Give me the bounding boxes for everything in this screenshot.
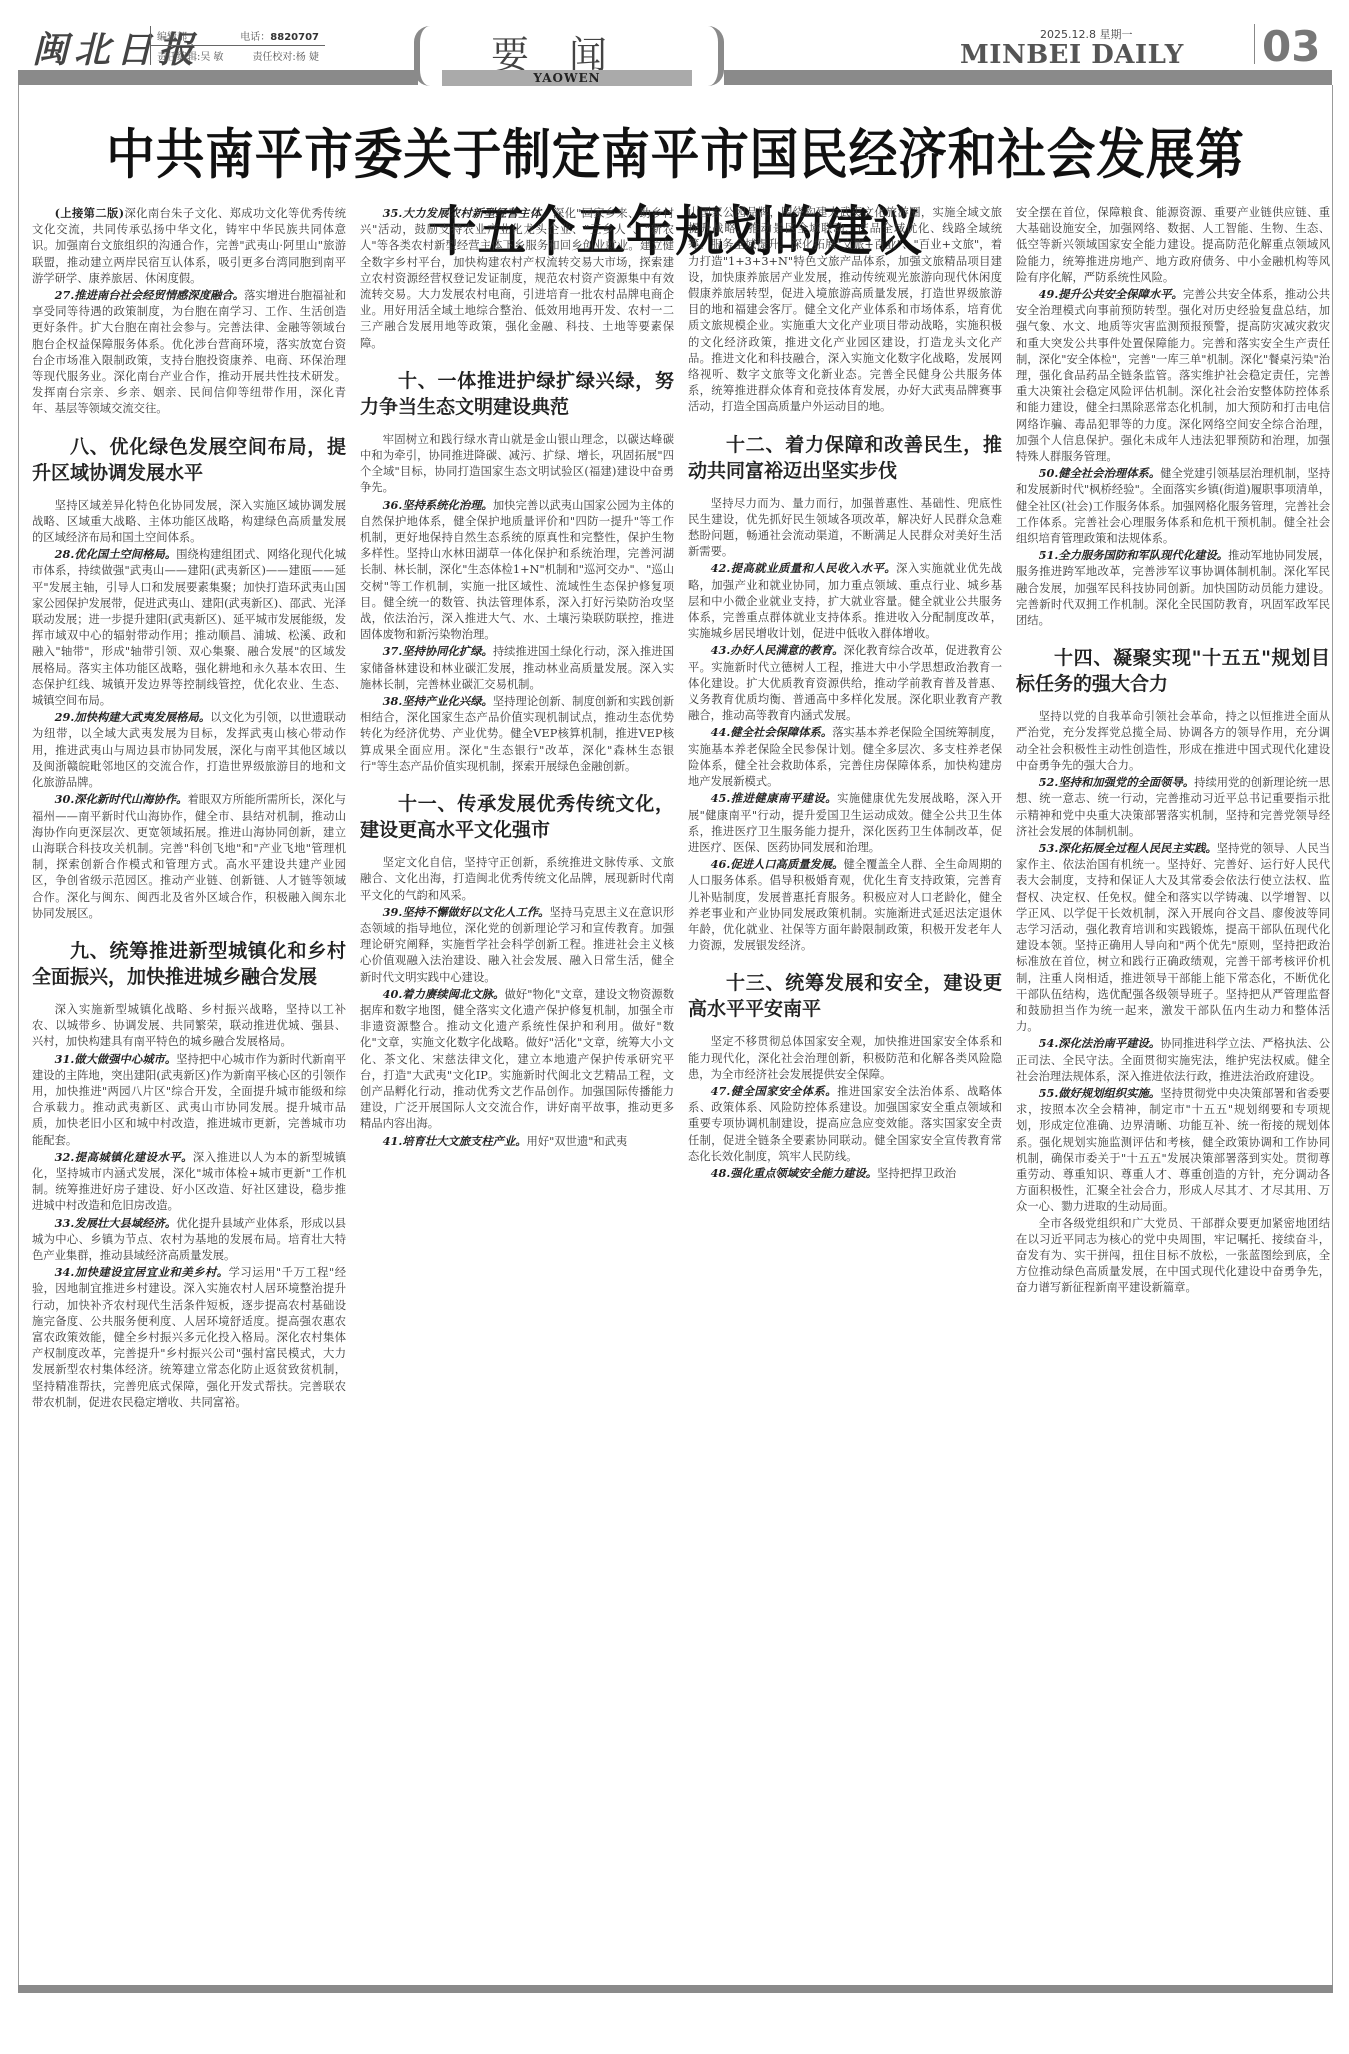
page-divider xyxy=(1254,24,1255,64)
paragraph: 37.坚持协同化扩绿。持续推进国土绿化行动，深入推进国家储备林建设和林业碳汇发展… xyxy=(360,643,674,693)
phone-label: 电话： xyxy=(240,32,270,43)
paragraph-text: 坚持以党的自我革命引领社会革命，持之以恒推进全面从严治党，充分发挥党总揽全局、协… xyxy=(1016,710,1330,772)
paragraph: 36.坚持系统化治理。加快完善以武夷山国家公园为主体的自然保护地体系，健全保护地… xyxy=(360,497,674,644)
paragraph: 27.推进南台社会经贸情感深度融合。落实增进台胞福祉和享受同等待遇的政策制度，为… xyxy=(32,287,346,418)
paragraph: 47.健全国家安全体系。推进国家安全法治体系、战略体系、政策体系、风险防控体系建… xyxy=(688,1083,1002,1165)
paragraph-text: 健全覆盖全人群、全生命周期的人口服务体系。倡导积极婚育观，优化生育支持政策，完善… xyxy=(688,858,1002,952)
paragraph-text: 坚持尽力而为、量力而行，加强普惠性、基础性、兜底性民生建设，优先抓好民生领域各项… xyxy=(688,497,1002,559)
item-kicker: 43.办好人民满意的教育。 xyxy=(711,643,844,657)
paragraph: 42.提高就业质量和人民收入水平。深入实施就业优先战略，加强产业和就业协同，加力… xyxy=(688,560,1002,642)
paragraph: 52.坚持和加强党的全面领导。持续用党的创新理论统一思想、统一意志、统一行动，完… xyxy=(1016,774,1330,840)
item-kicker: 28.优化国土空间格局。 xyxy=(55,547,177,561)
item-kicker: 30.深化新时代山海协作。 xyxy=(55,792,188,806)
item-kicker: 36.坚持系统化治理。 xyxy=(383,498,493,512)
editorial-info: 编辑部 电话：8820707 责任编辑:吴 敏 责任校对:杨 婕 xyxy=(150,26,325,65)
item-kicker: 38.坚持产业化兴绿。 xyxy=(383,694,493,708)
paragraph-text: 学习运用"千万工程"经验，因地制宜推进乡村建设。深入实施农村人居环境整治提升行动… xyxy=(32,1266,346,1409)
paragraph-text: 坚定不移贯彻总体国家安全观，加快推进国家安全体系和能力现代化，深化社会治理创新，… xyxy=(688,1035,1002,1080)
item-kicker: 45.推进健康南平建设。 xyxy=(711,791,838,805)
item-kicker: 50.健全社会治理体系。 xyxy=(1039,466,1161,480)
continuation-note: (上接第二版) xyxy=(55,206,124,220)
bracket-left-icon xyxy=(414,26,432,86)
paragraph: 54.深化法治南平建设。协同推进科学立法、严格执法、公正司法、全民守法。全面贯彻… xyxy=(1016,1035,1330,1085)
item-kicker: 51.全力服务国防和军队现代化建设。 xyxy=(1039,548,1229,562)
paragraph: 28.优化国土空间格局。围绕构建组团式、网络化现代化城市体系，持续做强"武夷山—… xyxy=(32,546,346,709)
paragraph-text: 坚持把中心城市作为新时代新南平建设的主阵地，突出建阳(武夷新区)作为新南平核心区… xyxy=(32,1053,346,1147)
item-kicker: 44.健全社会保障体系。 xyxy=(711,725,833,739)
paragraph: 深入实施新型城镇化战略、乡村振兴战略，坚持以工补农、以城带乡、协调发展、共同繁荣… xyxy=(32,1002,346,1051)
paragraph-text: 围绕构建组团式、网络化现代化城市体系，持续做强"武夷山——建阳(武夷新区)——建… xyxy=(32,548,346,707)
paragraph: 全市各级党组织和广大党员、干部群众要更加紧密地团结在以习近平同志为核心的党中央周… xyxy=(1016,1216,1330,1297)
paper-name-en: MINBEI DAILY xyxy=(960,40,1184,70)
column-1: (上接第二版)深化南台朱子文化、郑成功文化等优秀传统文化交流，共同传承弘扬中华文… xyxy=(32,205,346,1985)
paragraph-text: 落实增进台胞福祉和享受同等待遇的政策制度，为台胞在南学习、工作、生活创造更好条件… xyxy=(32,289,346,415)
paragraph: 48.强化重点领域安全能力建设。坚持把捍卫政治 xyxy=(688,1165,1002,1182)
item-kicker: 52.坚持和加强党的全面领导。 xyxy=(1039,775,1195,789)
paragraph-text: 坚持区域差异化特色化协同发展，深入实施区域协调发展战略、区域重大战略、主体功能区… xyxy=(32,499,346,544)
footer-rule xyxy=(18,1985,1333,1993)
paragraph: 坚持尽力而为、量力而行，加强普惠性、基础性、兜底性民生建设，优先抓好民生领域各项… xyxy=(688,496,1002,561)
paragraph: 33.发展壮大县域经济。优化提升县域产业体系，形成以县城为中心、乡镇为节点、农村… xyxy=(32,1215,346,1265)
paragraph: 35.大力发展农村新型经营主体。深化"回家乡来、助乡村兴"活动，鼓励支持农业产业… xyxy=(360,205,674,352)
section-heading: 十三、统筹发展和安全，建设更高水平平安南平 xyxy=(688,970,1002,1022)
masthead: 闽北日报 编辑部 电话：8820707 责任编辑:吴 敏 责任校对:杨 婕 要闻… xyxy=(0,0,1349,90)
header-rule-left xyxy=(18,70,418,85)
proofreader-label: 责任校对:杨 婕 xyxy=(252,48,319,63)
section-heading: 九、统筹推进新型城镇化和乡村全面振兴，加快推进城乡融合发展 xyxy=(32,938,346,990)
paragraph: 坚持区域差异化特色化协同发展，深入实施区域协调发展战略、区域重大战略、主体功能区… xyxy=(32,498,346,547)
column-2: 35.大力发展农村新型经营主体。深化"回家乡来、助乡村兴"活动，鼓励支持农业产业… xyxy=(360,205,674,1985)
item-kicker: 46.促进人口高质量发展。 xyxy=(711,857,844,871)
item-kicker: 29.加快构建大武夷发展格局。 xyxy=(55,710,211,724)
paragraph: 坚持以党的自我革命引领社会革命，持之以恒推进全面从严治党，充分发挥党总揽全局、协… xyxy=(1016,709,1330,774)
paragraph: 坚定文化自信，坚持守正创新，系统推进文脉传承、文旅融合、文化出海，打造闽北优秀传… xyxy=(360,855,674,904)
column-4: 安全摆在首位，保障粮食、能源资源、重要产业链供应链、重大基础设施安全，加强网络、… xyxy=(1016,205,1330,1985)
paragraph-text: 深入实施新型城镇化战略、乡村振兴战略，坚持以工补农、以城带乡、协调发展、共同繁荣… xyxy=(32,1003,346,1048)
page-number: 03 xyxy=(1262,22,1320,71)
item-kicker: 37.坚持协同化扩绿。 xyxy=(383,644,493,658)
paragraph-text: 深化"回家乡来、助乡村兴"活动，鼓励支持农业产业化龙头企业、"三乡人"、"新农人… xyxy=(360,207,674,350)
item-kicker: 53.深化拓展全过程人民民主实践。 xyxy=(1039,841,1217,855)
article-body: (上接第二版)深化南台朱子文化、郑成功文化等优秀传统文化交流，共同传承弘扬中华文… xyxy=(32,205,1332,1985)
item-kicker: 42.提高就业质量和人民收入水平。 xyxy=(711,561,897,575)
section-heading: 十二、着力保障和改善民生，推动共同富裕迈出坚实步伐 xyxy=(688,432,1002,484)
dept-label: 编辑部 xyxy=(157,28,187,43)
section-heading: 八、优化绿色发展空间布局，提升区域协调发展水平 xyxy=(32,434,346,486)
editor-label: 责任编辑:吴 敏 xyxy=(157,48,224,63)
paragraph-text: 完善公共安全体系，推动公共安全治理模式向事前预防转型。强化对历史经验复盘总结，加… xyxy=(1016,288,1330,463)
paragraph: 31.做大做强中心城市。坚持把中心城市作为新时代新南平建设的主阵地，突出建阳(武… xyxy=(32,1051,346,1149)
section-heading: 十四、凝聚实现"十五五"规划目标任务的强大合力 xyxy=(1016,645,1330,697)
item-kicker: 31.做大做强中心城市。 xyxy=(55,1052,177,1066)
paragraph: 50.健全社会治理体系。健全党建引领基层治理机制，坚持和发展新时代"枫桥经验"。… xyxy=(1016,465,1330,547)
paragraph-text: 坚持贯彻党中央决策部署和省委要求，按照本次全会精神，制定市"十五五"规划纲要和专… xyxy=(1016,1087,1330,1213)
paragraph-text: 做好"物化"文章，建设文物资源数据库和数字地图，健全落实文化遗产保护修复机制，加… xyxy=(360,988,674,1131)
paragraph-text: 坚持把捍卫政治 xyxy=(877,1167,956,1180)
column-3: 山国家公园品牌，围绕构建大武夷文化旅游圈，实施全域文旅提升战略，推动景区全域联动… xyxy=(688,205,1002,1985)
item-kicker: 34.加快建设宜居宜业和美乡村。 xyxy=(55,1265,229,1279)
paragraph: 30.深化新时代山海协作。着眼双方所能所需所长，深化与福州——南平新时代山海协作… xyxy=(32,791,346,922)
item-kicker: 41.培育壮大文旅支柱产业。 xyxy=(383,1134,527,1148)
bracket-right-icon xyxy=(706,26,724,86)
paragraph: 山国家公园品牌，围绕构建大武夷文化旅游圈，实施全域文旅提升战略，推动景区全域联动… xyxy=(688,205,1002,416)
item-kicker: 33.发展壮大县域经济。 xyxy=(55,1216,177,1230)
header-rule-right xyxy=(724,70,1332,85)
paragraph: 坚定不移贯彻总体国家安全观，加快推进国家安全体系和能力现代化，深化社会治理创新，… xyxy=(688,1034,1002,1083)
paragraph: 43.办好人民满意的教育。深化教育综合改革，促进教育公平。实施新时代立德树人工程… xyxy=(688,642,1002,724)
paragraph: 51.全力服务国防和军队现代化建设。推动军地协同发展，服务推进跨军地改革，完善涉… xyxy=(1016,547,1330,629)
item-kicker: 48.强化重点领域安全能力建设。 xyxy=(711,1166,878,1180)
paragraph: 41.培育壮大文旅支柱产业。用好"双世遗"和武夷 xyxy=(360,1133,674,1150)
paragraph: 49.提升公共安全保障水平。完善公共安全体系，推动公共安全治理模式向事前预防转型… xyxy=(1016,286,1330,465)
paragraph: 38.坚持产业化兴绿。坚持理论创新、制度创新和实践创新相结合，深化国家生态产品价… xyxy=(360,693,674,775)
item-kicker: 49.提升公共安全保障水平。 xyxy=(1039,287,1183,301)
phone-info: 电话：8820707 xyxy=(240,28,319,43)
paragraph-text: 坚定文化自信，坚持守正创新，系统推进文脉传承、文旅融合、文化出海，打造闽北优秀传… xyxy=(360,856,674,901)
paragraph-text: 用好"双世遗"和武夷 xyxy=(527,1135,628,1148)
item-kicker: 32.提高城镇化建设水平。 xyxy=(55,1150,193,1164)
item-kicker: 54.深化法治南平建设。 xyxy=(1039,1036,1161,1050)
paragraph-text: 全市各级党组织和广大党员、干部群众要更加紧密地团结在以习近平同志为核心的党中央周… xyxy=(1016,1217,1330,1295)
paragraph: 安全摆在首位，保障粮食、能源资源、重要产业链供应链、重大基础设施安全，加强网络、… xyxy=(1016,205,1330,286)
item-kicker: 55.做好规划组织实施。 xyxy=(1039,1086,1161,1100)
paragraph-text: 坚持党的领导、人民当家作主、依法治国有机统一。坚持好、完善好、运行好人民代表大会… xyxy=(1016,842,1330,1033)
paragraph: 44.健全社会保障体系。落实基本养老保险全国统筹制度，实施基本养老保险全民参保计… xyxy=(688,724,1002,790)
paragraph: 40.着力赓续闽北文脉。做好"物化"文章，建设文物资源数据库和数字地图，健全落实… xyxy=(360,986,674,1133)
paragraph: 牢固树立和践行绿水青山就是金山银山理念，以碳达峰碳中和为牵引，协同推进降碳、减污… xyxy=(360,432,674,497)
paragraph: 55.做好规划组织实施。坚持贯彻党中央决策部署和省委要求，按照本次全会精神，制定… xyxy=(1016,1085,1330,1216)
section-badge: 要闻 YAOWEN xyxy=(414,26,724,86)
paragraph: 39.坚持不懈做好以文化人工作。坚持马克思主义在意识形态领域的指导地位，深化党的… xyxy=(360,904,674,986)
item-kicker: 40.着力赓续闽北文脉。 xyxy=(383,987,505,1001)
item-kicker: 47.健全国家安全体系。 xyxy=(711,1084,838,1098)
paragraph-text: 牢固树立和践行绿水青山就是金山银山理念，以碳达峰碳中和为牵引，协同推进降碳、减污… xyxy=(360,433,674,495)
section-title-en: YAOWEN xyxy=(442,70,692,86)
paragraph: (上接第二版)深化南台朱子文化、郑成功文化等优秀传统文化交流，共同传承弘扬中华文… xyxy=(32,205,346,287)
paragraph: 34.加快建设宜居宜业和美乡村。学习运用"千万工程"经验，因地制宜推进乡村建设。… xyxy=(32,1264,346,1411)
paragraph-text: 安全摆在首位，保障粮食、能源资源、重要产业链供应链、重大基础设施安全，加强网络、… xyxy=(1016,206,1330,284)
paragraph-text: 着眼双方所能所需所长，深化与福州——南平新时代山海协作，健全市、县结对机制，推动… xyxy=(32,793,346,919)
item-kicker: 27.推进南台社会经贸情感深度融合。 xyxy=(55,288,245,302)
paragraph: 32.提高城镇化建设水平。深入推进以人为本的新型城镇化，坚持城市内涵式发展，深化… xyxy=(32,1149,346,1215)
paragraph: 45.推进健康南平建设。实施健康优先发展战略，深入开展"健康南平"行动，提升爱国… xyxy=(688,790,1002,856)
section-heading: 十、一体推进护绿扩绿兴绿，努力争当生态文明建设典范 xyxy=(360,368,674,420)
paragraph-text: 加快完善以武夷山国家公园为主体的自然保护地体系，健全保护地质量评价和"四防一提升… xyxy=(360,499,674,642)
item-kicker: 35.大力发展农村新型经营主体。 xyxy=(383,206,553,220)
paragraph-text: 山国家公园品牌，围绕构建大武夷文化旅游圈，实施全域文旅提升战略，推动景区全域联动… xyxy=(688,206,1002,413)
item-kicker: 39.坚持不懈做好以文化人工作。 xyxy=(383,905,550,919)
paragraph: 29.加快构建大武夷发展格局。以文化为引领，以世遗联动为纽带，以全域大武夷发展为… xyxy=(32,709,346,791)
paragraph: 46.促进人口高质量发展。健全覆盖全人群、全生命周期的人口服务体系。倡导积极婚育… xyxy=(688,856,1002,954)
section-heading: 十一、传承发展优秀传统文化，建设更高水平文化强市 xyxy=(360,791,674,843)
paragraph: 53.深化拓展全过程人民民主实践。坚持党的领导、人民当家作主、依法治国有机统一。… xyxy=(1016,840,1330,1035)
phone-number: 8820707 xyxy=(270,32,319,43)
